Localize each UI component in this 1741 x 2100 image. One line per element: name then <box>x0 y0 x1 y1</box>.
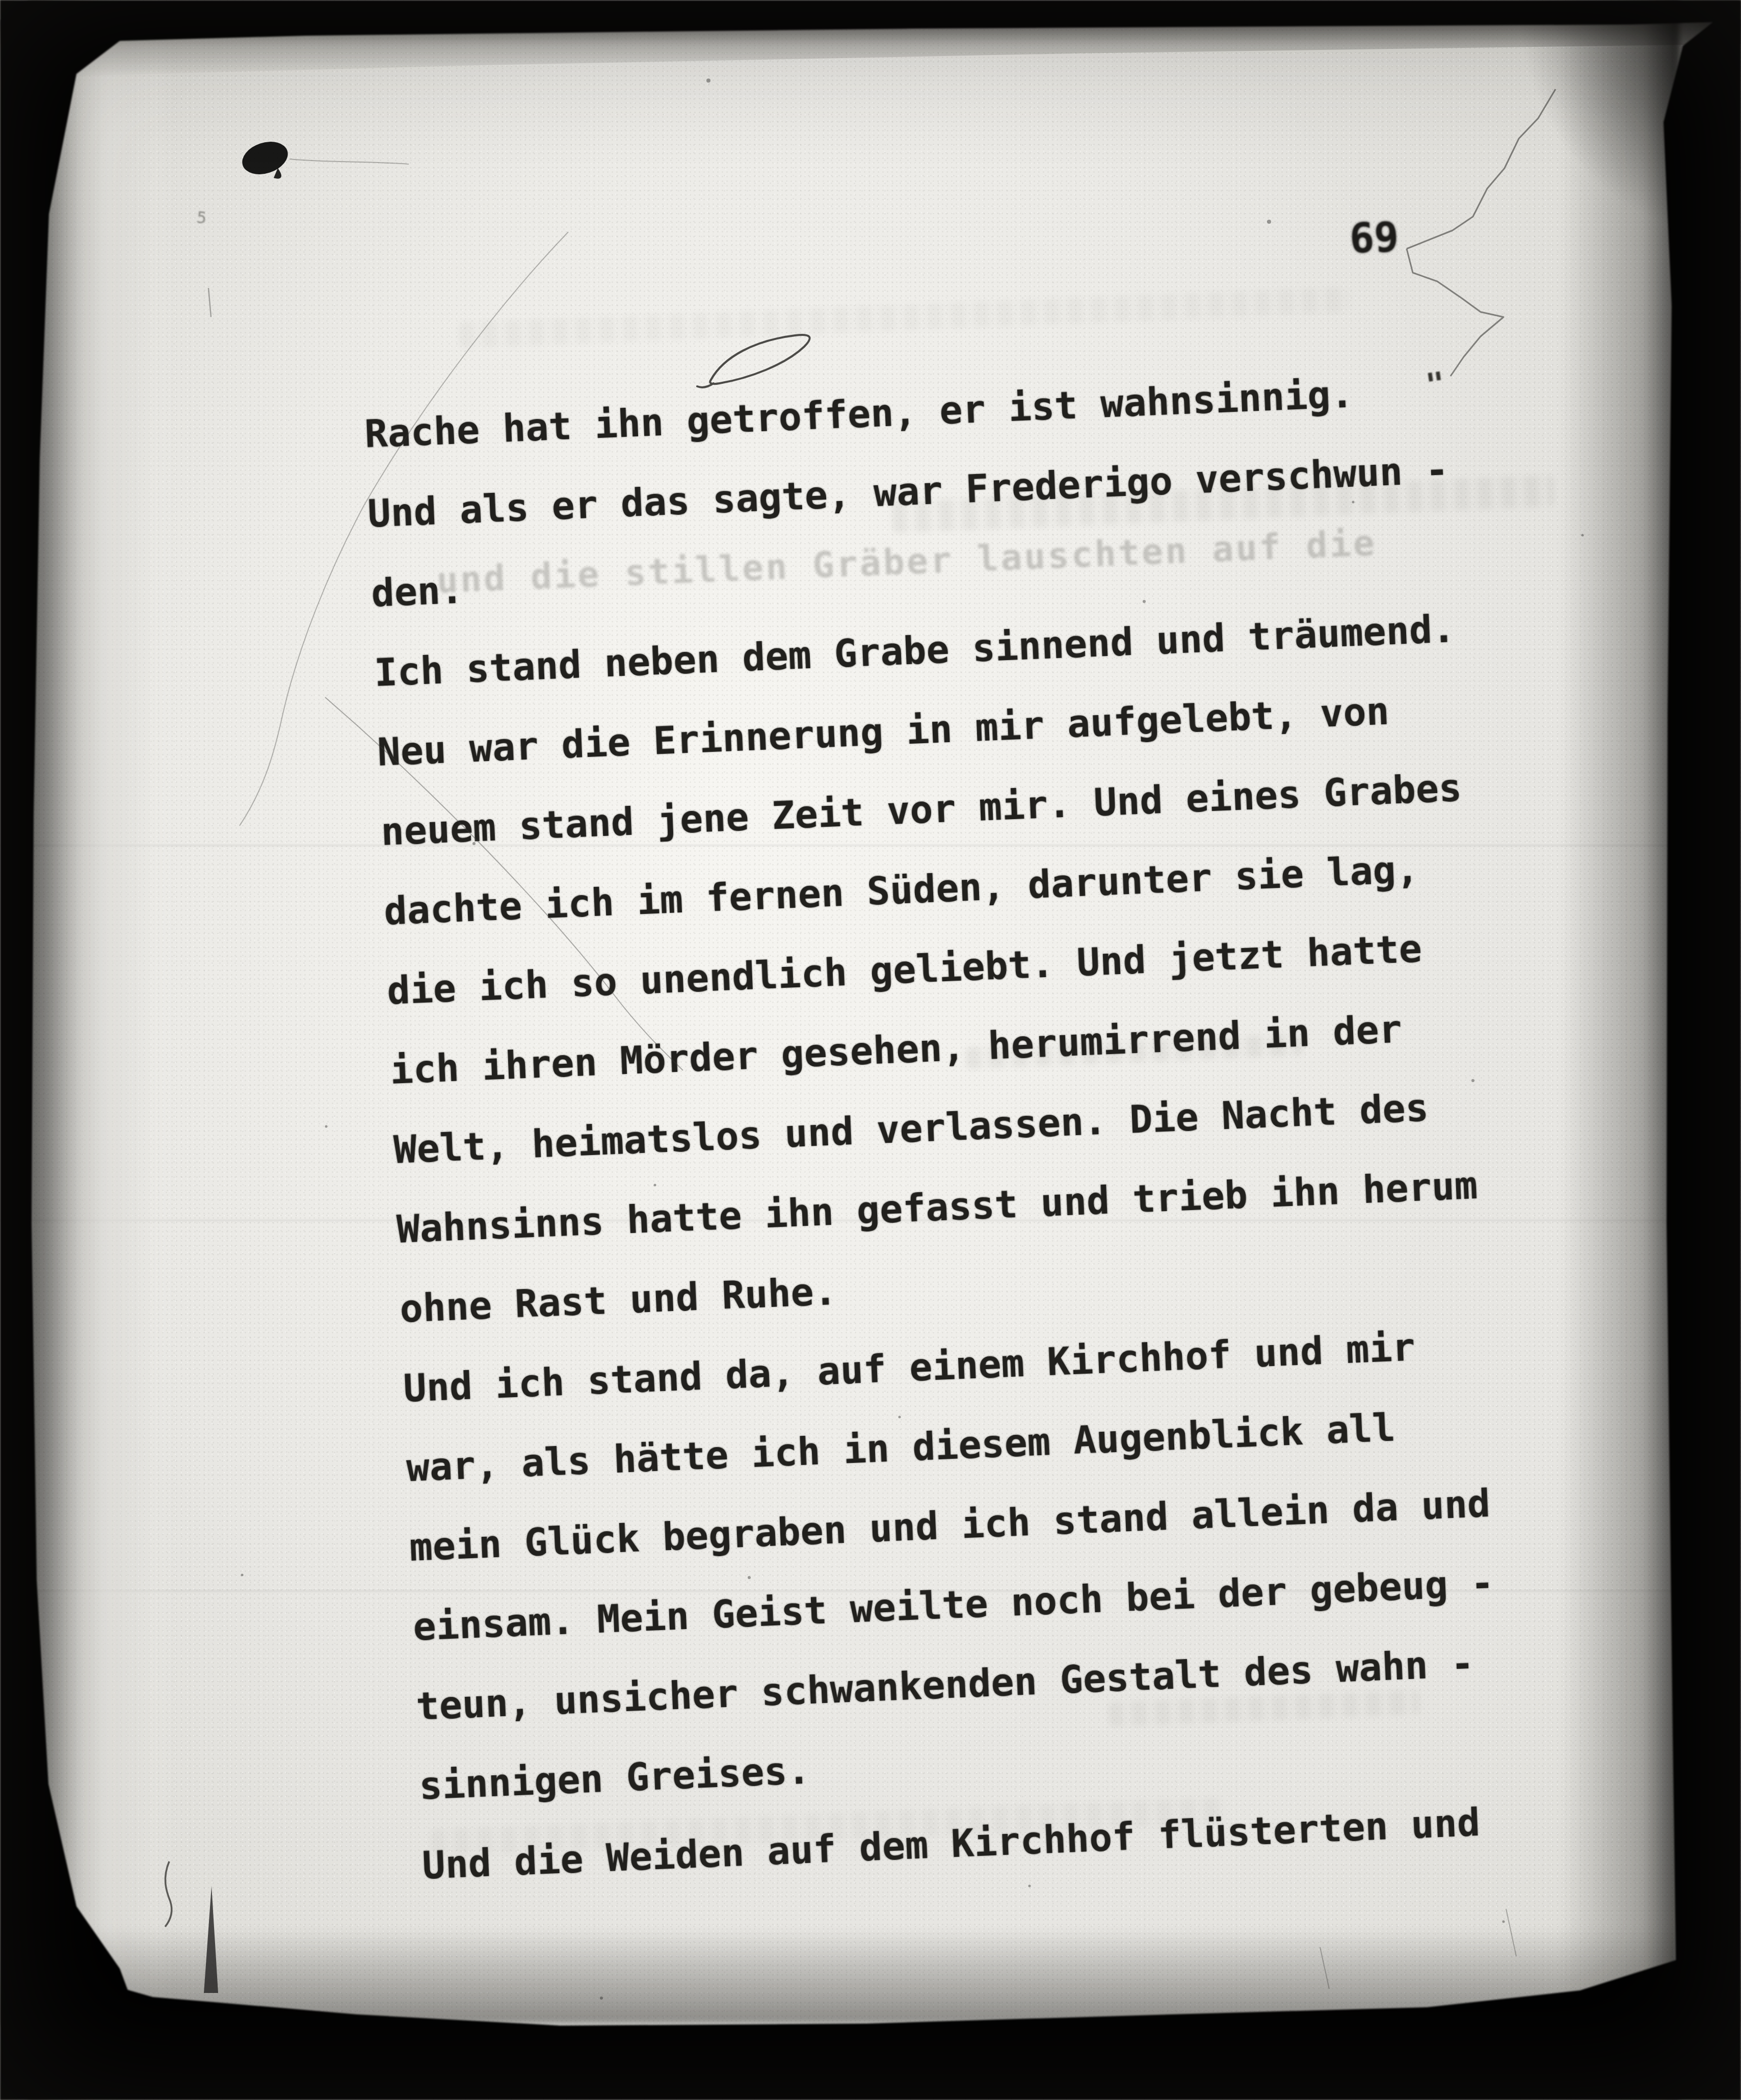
scan-border-layer <box>0 0 1741 2100</box>
scanned-manuscript-page: und die stillen Gräber lauschten auf die… <box>0 0 1741 2100</box>
left-border <box>0 0 173 2100</box>
top-border <box>0 0 1741 50</box>
bottom-border <box>0 1936 1741 2100</box>
right-border <box>1664 0 1741 2100</box>
